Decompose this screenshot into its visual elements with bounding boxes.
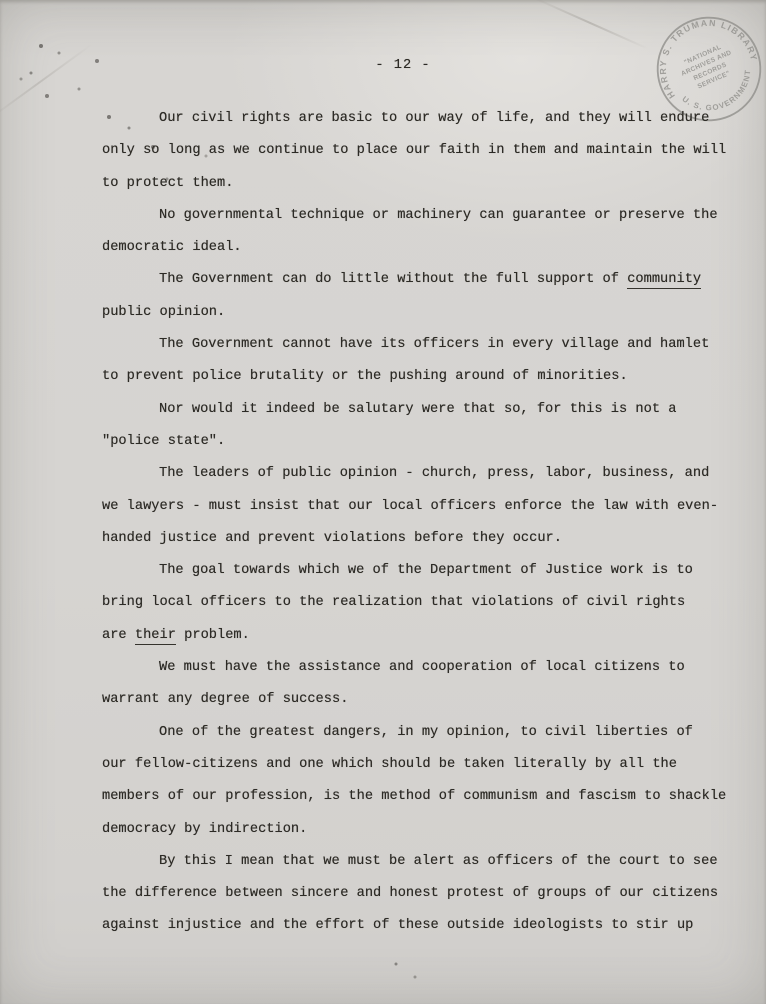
paragraph: Our civil rights are basic to our way of…: [102, 103, 747, 200]
paragraph: The Government cannot have its officers …: [102, 329, 747, 394]
text-line: Our civil rights are basic to our way of…: [102, 103, 747, 135]
text-line: to protect them.: [102, 168, 747, 200]
underlined-word: community: [627, 272, 701, 289]
text-line: warrant any degree of success.: [102, 684, 747, 716]
paragraph: One of the greatest dangers, in my opini…: [102, 717, 747, 846]
text-line: No governmental technique or machinery c…: [102, 200, 747, 232]
paragraph: The goal towards which we of the Departm…: [102, 555, 747, 652]
text-line: we lawyers - must insist that our local …: [102, 491, 747, 523]
paragraph: By this I mean that we must be alert as …: [102, 846, 747, 943]
text-line: against injustice and the effort of thes…: [102, 910, 747, 942]
text-line: By this I mean that we must be alert as …: [102, 846, 747, 878]
letter-body: Our civil rights are basic to our way of…: [102, 103, 747, 943]
text-line: The Government cannot have its officers …: [102, 329, 747, 361]
text-line: The goal towards which we of the Departm…: [102, 555, 747, 587]
text-segment: The Government can do little without the…: [159, 272, 627, 287]
paragraph: Nor would it indeed be salutary were tha…: [102, 394, 747, 459]
text-line: handed justice and prevent violations be…: [102, 523, 747, 555]
underlined-word: their: [135, 628, 176, 645]
text-line: only so long as we continue to place our…: [102, 135, 747, 167]
text-segment: problem.: [176, 628, 250, 643]
text-line: democratic ideal.: [102, 232, 747, 264]
text-line: We must have the assistance and cooperat…: [102, 652, 747, 684]
text-line: democracy by indirection.: [102, 814, 747, 846]
text-line: to prevent police brutality or the pushi…: [102, 361, 747, 393]
paper-speckles: [0, 0, 2, 2]
text-line: the difference between sincere and hones…: [102, 878, 747, 910]
paragraph: The leaders of public opinion - church, …: [102, 458, 747, 555]
text-line: public opinion.: [102, 297, 747, 329]
text-line: Nor would it indeed be salutary were tha…: [102, 394, 747, 426]
paragraph: The Government can do little without the…: [102, 264, 747, 329]
paragraph: No governmental technique or machinery c…: [102, 200, 747, 265]
text-line: our fellow-citizens and one which should…: [102, 749, 747, 781]
text-line: members of our profession, is the method…: [102, 781, 747, 813]
text-line: "police state".: [102, 426, 747, 458]
paper-crease: [531, 0, 649, 50]
paper-page: - 12 - HARRY S. TRUMAN LIBRARY U. S. GOV…: [0, 0, 766, 1004]
text-line: bring local officers to the realization …: [102, 587, 747, 619]
text-segment: are: [102, 628, 135, 643]
text-line: The leaders of public opinion - church, …: [102, 458, 747, 490]
text-line: One of the greatest dangers, in my opini…: [102, 717, 747, 749]
paragraph: We must have the assistance and cooperat…: [102, 652, 747, 717]
text-line: The Government can do little without the…: [102, 264, 747, 296]
text-line: are their problem.: [102, 620, 747, 652]
paper-crease: [0, 44, 92, 122]
